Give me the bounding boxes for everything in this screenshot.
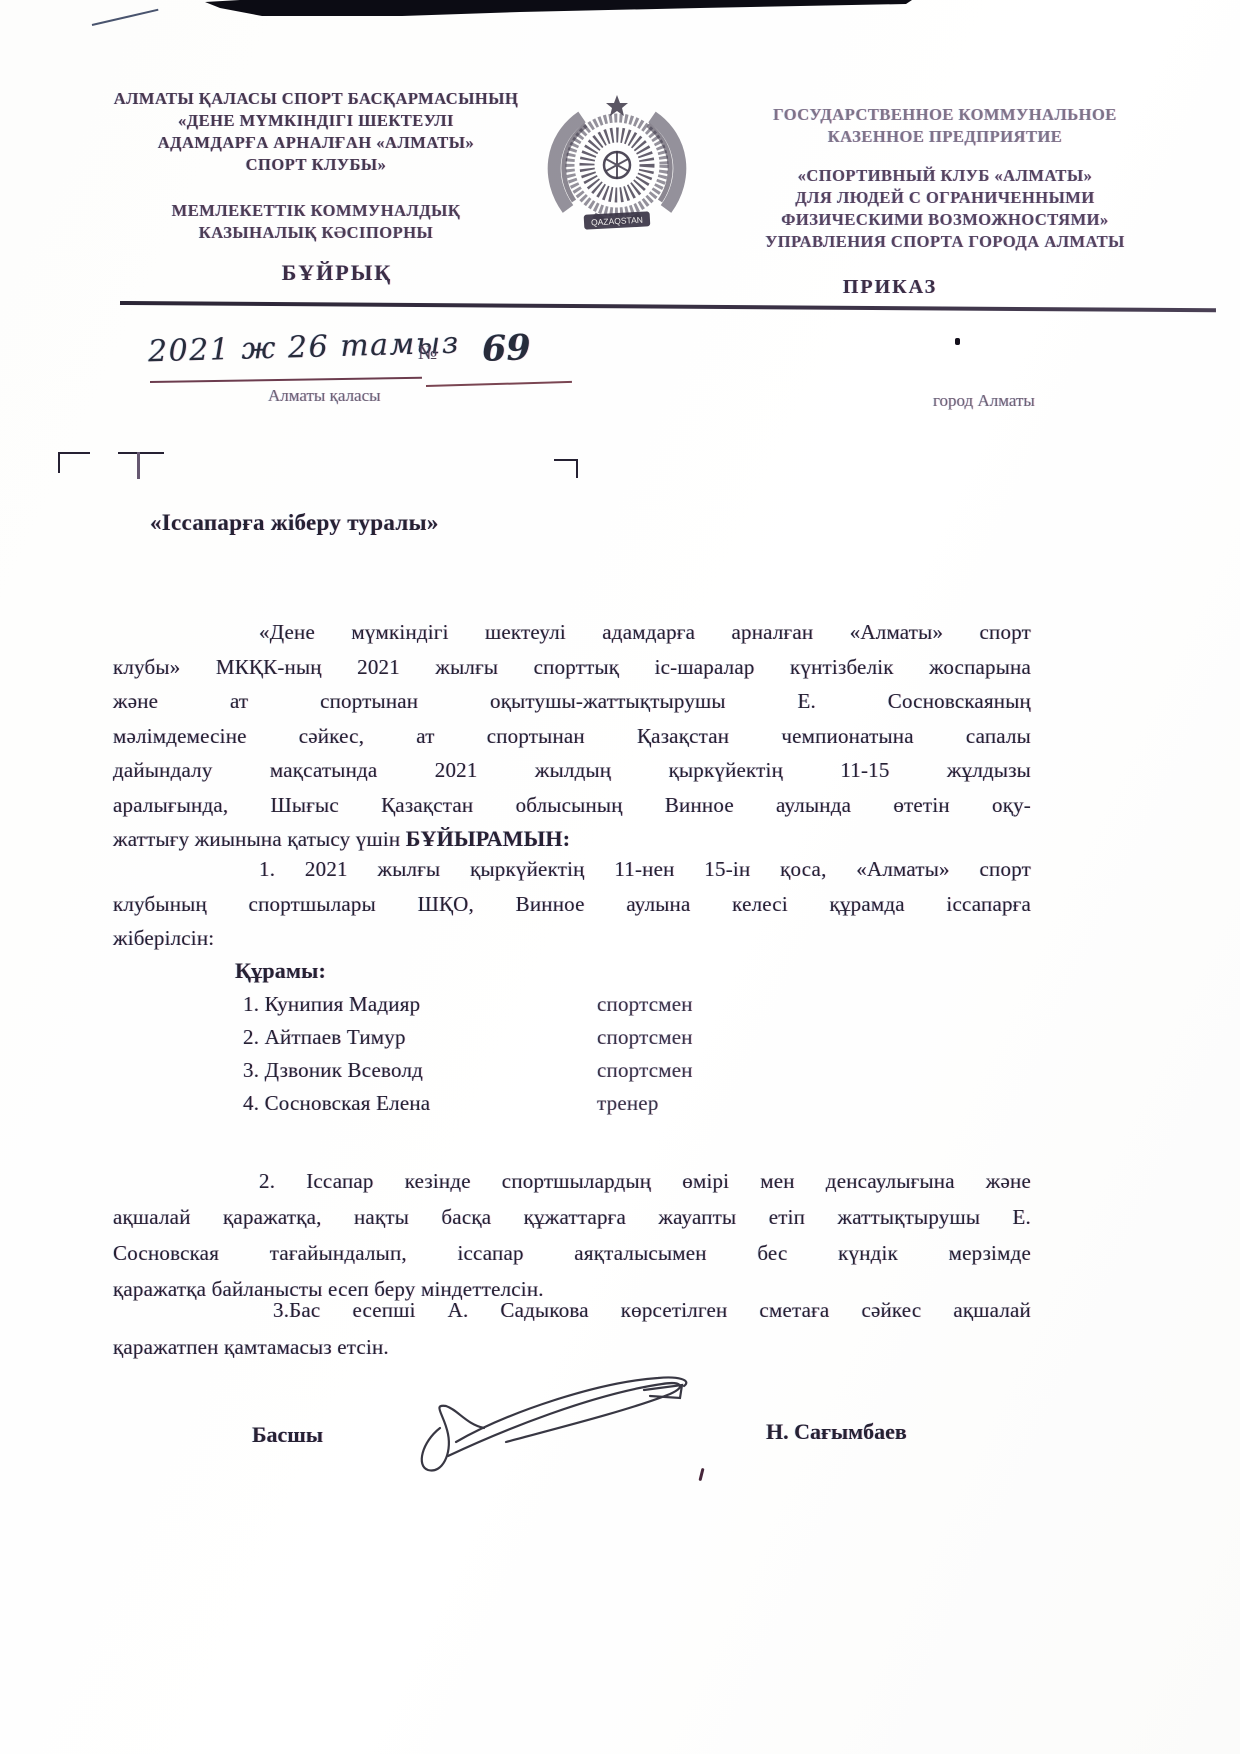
roster-row: 1. Кунипия Мадияр спортсмен [113, 992, 1031, 1025]
athlete-name: 1. Кунипия Мадияр [243, 992, 420, 1017]
crop-mark-left [58, 452, 90, 473]
athlete-role: спортсмен [597, 1025, 693, 1050]
emblem-star [606, 95, 628, 116]
body-line: клубы» МКҚК-ның 2021 жылғы спорттық іс-ш… [113, 650, 1031, 685]
crop-mark-tee-stem [137, 452, 140, 479]
scan-artifact-top-wedge [0, 0, 1240, 22]
body-line: және ат спортынан оқытушы-жаттықтырушы Е… [113, 684, 1031, 719]
paragraph-item3: 3.Бас есепші А. Садыкова көрсетілген сме… [113, 1292, 1031, 1366]
body-line: Сосновская тағайындалып, іссапар аяқталы… [113, 1235, 1031, 1271]
org-line: СПОРТ КЛУБЫ» [82, 154, 550, 176]
org-line: ФИЗИЧЕСКИМИ ВОЗМОЖНОСТЯМИ» [725, 209, 1165, 231]
kazakhstan-state-emblem: QAZAQSTAN [538, 87, 696, 243]
body-line: клубының спортшылары ШҚО, Винное аулына … [113, 887, 1031, 922]
crop-mark-right [554, 459, 578, 478]
roster-row: 4. Сосновская Елена тренер [113, 1091, 1031, 1124]
resolution-word: БҰЙЫРАМЫН: [406, 826, 570, 851]
header-divider-line [120, 301, 1216, 312]
roster-list: 1. Кунипия Мадияр спортсмен 2. Айтпаев Т… [113, 992, 1031, 1124]
org-name-kazakh: АЛМАТЫ ҚАЛАСЫ СПОРТ БАСҚАРМАСЫНЫҢ «ДЕНЕ … [82, 88, 550, 176]
body-line: «Дене мүмкіндігі шектеулі адамдарға арна… [113, 615, 1031, 650]
body-line: аралығында, Шығыс Қазақстан облысының Ви… [113, 788, 1031, 823]
number-sign-label: № [418, 342, 437, 365]
org-line: УПРАВЛЕНИЯ СПОРТА ГОРОДА АЛМАТЫ [725, 231, 1165, 253]
org-name-russian: «СПОРТИВНЫЙ КЛУБ «АЛМАТЫ» ДЛЯ ЛЮДЕЙ С ОГ… [725, 165, 1165, 253]
scan-artifact-diagonal-line [92, 9, 159, 26]
body-line: мәлімдемесіне сәйкес, ат спортынан Қазақ… [113, 719, 1031, 754]
handwritten-signature [408, 1368, 708, 1488]
org-line: АЛМАТЫ ҚАЛАСЫ СПОРТ БАСҚАРМАСЫНЫҢ [82, 88, 550, 110]
body-line: жіберілсін: [113, 921, 1031, 956]
paragraph-preamble: «Дене мүмкіндігі шектеулі адамдарға арна… [113, 615, 1031, 857]
crop-mark-tee [118, 452, 164, 454]
org-line: «ДЕНЕ МҮМКІНДІГІ ШЕКТЕУЛІ [82, 110, 550, 132]
athlete-name: 3. Дзвоник Всеволд [243, 1058, 423, 1083]
body-line: дайындалу мақсатында 2021 жылдың қыркүйе… [113, 753, 1031, 788]
athlete-role: спортсмен [597, 1058, 693, 1083]
org-type-russian: ГОСУДАРСТВЕННОЕ КОММУНАЛЬНОЕ КАЗЕННОЕ ПР… [725, 104, 1165, 148]
org-line: АДАМДАРҒА АРНАЛҒАН «АЛМАТЫ» [82, 132, 550, 154]
org-line: «СПОРТИВНЫЙ КЛУБ «АЛМАТЫ» [725, 165, 1165, 187]
roster-label: Құрамы: [113, 958, 1153, 984]
resolution-lead: жаттығу жиынына қатысу үшін [113, 827, 400, 851]
scanned-order-document: АЛМАТЫ ҚАЛАСЫ СПОРТ БАСҚАРМАСЫНЫҢ «ДЕНЕ … [0, 0, 1240, 1754]
paragraph-item2: 2. Іссапар кезінде спортшылардың өмірі м… [113, 1163, 1031, 1307]
doc-type-russian: ПРИКАЗ [810, 276, 970, 299]
body-line: 1. 2021 жылғы қыркүйектің 11-нен 15-ін қ… [113, 852, 1031, 887]
org-type-line: МЕМЛЕКЕТТІК КОММУНАЛДЫҚ [82, 200, 550, 222]
body-line: 3.Бас есепші А. Садыкова көрсетілген сме… [113, 1292, 1031, 1329]
signer-role: Басшы [252, 1422, 323, 1448]
order-title: «Іссапарға жіберу туралы» [150, 510, 439, 536]
signer-name: Н. Сағымбаев [766, 1419, 907, 1445]
roster-row: 3. Дзвоник Всеволд спортсмен [113, 1058, 1031, 1091]
number-underline [426, 381, 572, 387]
athlete-name: 4. Сосновская Елена [243, 1091, 430, 1116]
org-type-line: КАЗЕННОЕ ПРЕДПРИЯТИЕ [725, 126, 1165, 148]
org-type-kazakh: МЕМЛЕКЕТТІК КОММУНАЛДЫҚ КАЗЫНАЛЫҚ КӘСІПО… [82, 200, 550, 244]
roster-row: 2. Айтпаев Тимур спортсмен [113, 1025, 1031, 1058]
date-underline [150, 377, 422, 383]
paragraph-item1: 1. 2021 жылғы қыркүйектің 11-нен 15-ін қ… [113, 852, 1031, 956]
body-line: 2. Іссапар кезінде спортшылардың өмірі м… [113, 1163, 1031, 1199]
handwritten-date: 2021 ж 26 тамыз [148, 326, 461, 370]
scan-artifact-dot [955, 338, 960, 345]
doc-type-kazakh: БҰЙРЫҚ [252, 260, 422, 286]
athlete-role: спортсмен [597, 992, 693, 1017]
athlete-role: тренер [597, 1091, 659, 1116]
place-russian: город Алматы [933, 391, 1035, 411]
handwritten-order-number: 69 [481, 327, 531, 370]
org-line: ДЛЯ ЛЮДЕЙ С ОГРАНИЧЕННЫМИ [725, 187, 1165, 209]
athlete-name: 2. Айтпаев Тимур [243, 1025, 406, 1050]
org-type-line: ГОСУДАРСТВЕННОЕ КОММУНАЛЬНОЕ [725, 104, 1165, 126]
body-line: қаражатпен қамтамасыз етсін. [113, 1329, 1031, 1366]
body-line: ақшалай қаражатқа, нақты басқа құжаттарғ… [113, 1199, 1031, 1235]
org-type-line: КАЗЫНАЛЫҚ КӘСІПОРНЫ [82, 222, 550, 244]
place-kazakh: Алматы қаласы [268, 386, 381, 406]
